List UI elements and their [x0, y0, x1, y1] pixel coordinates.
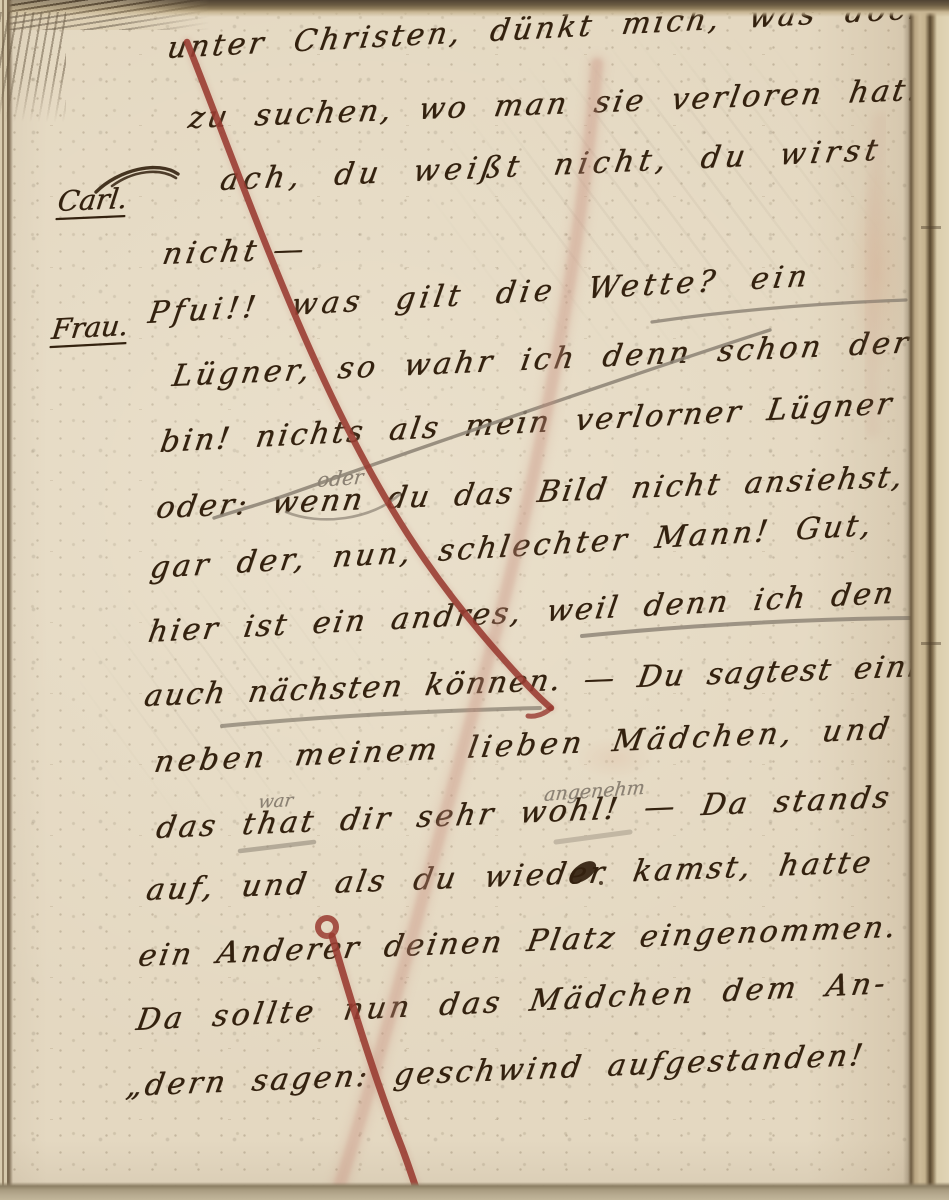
left-binding-edge	[0, 0, 13, 1200]
left-fanned-pages	[0, 12, 66, 122]
bottom-book-edge	[0, 1182, 949, 1200]
right-page-edge	[903, 0, 949, 1200]
page-edge-notch-2	[921, 642, 941, 645]
pencil-insertion-oder: oder	[316, 465, 365, 492]
pencil-insertion-war: war	[257, 790, 294, 813]
speaker-label-carl: Carl.	[56, 185, 129, 216]
manuscript-line-4: nicht —	[160, 235, 310, 270]
manuscript-scan: unter Christen, dünkt mich, was doch zu …	[0, 0, 949, 1200]
speaker-label-frau: Frau.	[50, 312, 130, 344]
page-edge-notch-1	[921, 226, 941, 229]
